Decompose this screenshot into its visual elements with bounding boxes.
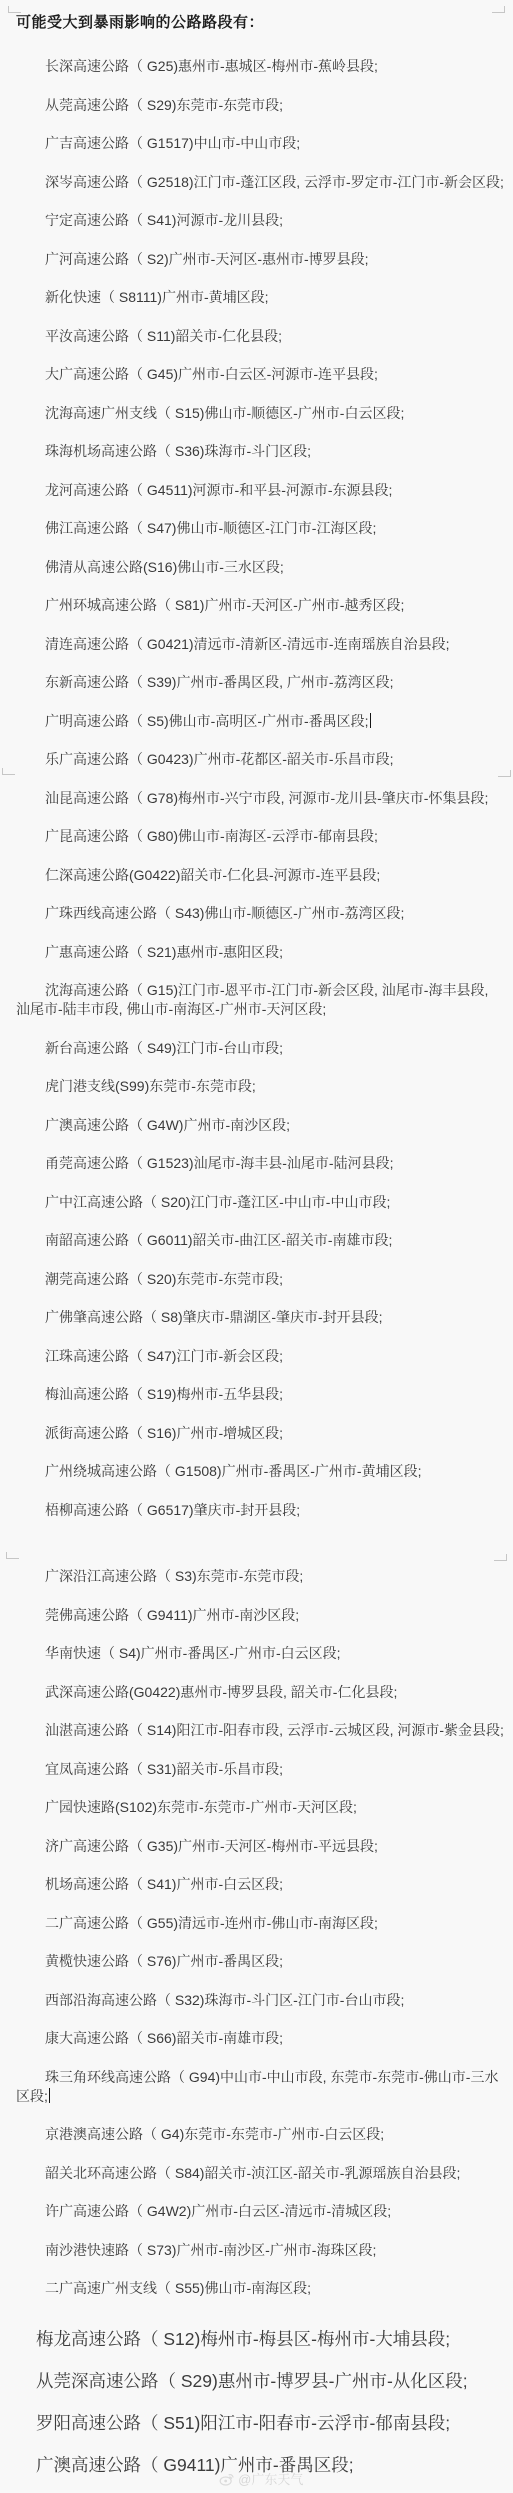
highway-item: 南韶高速公路（ G6011)韶关市-曲江区-韶关市-南雄市段; [16, 1231, 505, 1250]
highway-item: 广佛肇高速公路（ S8)肇庆市-鼎湖区-肇庆市-封开县段; [16, 1308, 505, 1327]
highway-item: 罗阳高速公路（ S51)阳江市-阳春市-云浮市-郁南县段; [12, 2412, 507, 2435]
highway-item: 广河高速公路（ S2)广州市-天河区-惠州市-博罗县段; [16, 250, 505, 269]
highway-item: 广州环城高速公路（ S81)广州市-天河区-广州市-越秀区段; [16, 596, 505, 615]
highway-item: 莞佛高速公路（ G9411)广州市-南沙区段; [16, 1606, 505, 1625]
highway-item: 从莞高速公路（ S29)东莞市-东莞市段; [16, 96, 505, 115]
text-cursor [49, 2088, 51, 2103]
highway-list-page2: 广深沿江高速公路（ S3)东莞市-东莞市段;莞佛高速公路（ G9411)广州市-… [0, 1567, 513, 2298]
text-cursor [370, 713, 372, 728]
highway-item: 黄榄快速公路（ S76)广州市-番禺区段; [16, 1952, 505, 1971]
section-gap [0, 2318, 513, 2328]
watermark: @广东天气 [218, 2469, 303, 2488]
highway-item: 虎门港支线(S99)东莞市-东莞市段; [16, 1077, 505, 1096]
highway-item: 清连高速公路（ G0421)清远市-清新区-清远市-连南瑶族自治县段; [16, 635, 505, 654]
highway-item: 梅汕高速公路（ S19)梅州市-五华县段; [16, 1385, 505, 1404]
highway-item: 济广高速公路（ G35)广州市-天河区-梅州市-平远县段; [16, 1837, 505, 1856]
highway-item: 深岑高速公路（ G2518)江门市-蓬江区段, 云浮市-罗定市-江门市-新会区段… [16, 173, 505, 192]
highway-item: 西部沿海高速公路（ S32)珠海市-斗门区-江门市-台山市段; [16, 1991, 505, 2010]
highway-list-highlighted: 梅龙高速公路（ S12)梅州市-梅县区-梅州市-大埔县段;从莞深高速公路（ S2… [0, 2328, 513, 2477]
crop-mark [2, 768, 16, 778]
highway-item: 广昆高速公路（ G80)佛山市-南海区-云浮市-郁南县段; [16, 827, 505, 846]
highway-item: 广澳高速公路（ G4W)广州市-南沙区段; [16, 1116, 505, 1135]
highway-item: 沈海高速广州支线（ S15)佛山市-顺德区-广州市-白云区段; [16, 404, 505, 423]
highway-item: 梧柳高速公路（ G6517)肇庆市-封开县段; [16, 1501, 505, 1520]
weibo-logo-icon [218, 2472, 234, 2486]
highway-list-page1: 长深高速公路（ G25)惠州市-惠城区-梅州市-蕉岭县段;从莞高速公路（ S29… [0, 57, 513, 1520]
page-break-gap [0, 1539, 513, 1567]
highway-item: 平汝高速公路（ S11)韶关市-仁化县段; [16, 327, 505, 346]
highway-item: 二广高速广州支线（ S55)佛山市-南海区段; [16, 2279, 505, 2298]
highway-item: 广中江高速公路（ S20)江门市-蓬江区-中山市-中山市段; [16, 1193, 505, 1212]
highway-item: 韶关北环高速公路（ S84)韶关市-浈江区-韶关市-乳源瑶族自治县段; [16, 2164, 505, 2183]
highway-item: 长深高速公路（ G25)惠州市-惠城区-梅州市-蕉岭县段; [16, 57, 505, 76]
crop-mark [8, 6, 22, 16]
highway-item: 佛清从高速公路(S16)佛山市-三水区段; [16, 558, 505, 577]
highway-item: 广深沿江高速公路（ S3)东莞市-东莞市段; [16, 1567, 505, 1586]
highway-item: 乐广高速公路（ G0423)广州市-花都区-韶关市-乐昌市段; [16, 750, 505, 769]
highway-item: 甬莞高速公路（ G1523)汕尾市-海丰县-汕尾市-陆河县段; [16, 1154, 505, 1173]
highway-item: 东新高速公路（ S39)广州市-番禺区段, 广州市-荔湾区段; [16, 673, 505, 692]
highway-item: 梅龙高速公路（ S12)梅州市-梅县区-梅州市-大埔县段; [12, 2328, 507, 2351]
highway-item: 南沙港快速路（ S73)广州市-南沙区-广州市-海珠区段; [16, 2241, 505, 2260]
highway-item: 机场高速公路（ S41)广州市-白云区段; [16, 1875, 505, 1894]
crop-mark [497, 770, 511, 780]
highway-item: 江珠高速公路（ S47)江门市-新会区段; [16, 1347, 505, 1366]
document-title: 可能受大到暴雨影响的公路路段有： [16, 0, 497, 33]
highway-item: 汕昆高速公路（ G78)梅州市-兴宁市段, 河源市-龙川县-肇庆市-怀集县段; [16, 789, 505, 808]
highway-item: 宜凤高速公路（ S31)韶关市-乐昌市段; [16, 1760, 505, 1779]
highway-item: 广明高速公路（ S5)佛山市-高明区-广州市-番禺区段; [16, 712, 505, 731]
highway-item: 二广高速公路（ G55)清远市-连州市-佛山市-南海区段; [16, 1914, 505, 1933]
highway-item: 宁定高速公路（ S41)河源市-龙川县段; [16, 211, 505, 230]
highway-item: 从莞深高速公路（ S29)惠州市-博罗县-广州市-从化区段; [12, 2370, 507, 2393]
highway-item: 潮莞高速公路（ S20)东莞市-东莞市段; [16, 1270, 505, 1289]
crop-mark [6, 1552, 20, 1562]
highway-item: 武深高速公路(G0422)惠州市-博罗县段, 韶关市-仁化县段; [16, 1683, 505, 1702]
highway-item: 派街高速公路（ S16)广州市-增城区段; [16, 1424, 505, 1443]
highway-item: 广园快速路(S102)东莞市-东莞市-广州市-天河区段; [16, 1798, 505, 1817]
highway-item: 康大高速公路（ S66)韶关市-南雄市段; [16, 2029, 505, 2048]
highway-item: 龙河高速公路（ G4511)河源市-和平县-河源市-东源县段; [16, 481, 505, 500]
highway-item: 大广高速公路（ G45)广州市-白云区-河源市-连平县段; [16, 365, 505, 384]
highway-item: 华南快速（ S4)广州市-番禺区-广州市-白云区段; [16, 1644, 505, 1663]
highway-item: 沈海高速公路（ G15)江门市-恩平市-江门市-新会区段, 汕尾市-海丰县段, … [16, 981, 505, 1019]
highway-item: 珠三角环线高速公路（ G94)中山市-中山市段, 东莞市-东莞市-佛山市-三水区… [16, 2068, 505, 2106]
highway-item: 广州绕城高速公路（ G1508)广州市-番禺区-广州市-黄埔区段; [16, 1462, 505, 1481]
highway-item: 许广高速公路（ G4W2)广州市-白云区-清远市-清城区段; [16, 2202, 505, 2221]
highway-item: 佛江高速公路（ S47)佛山市-顺德区-江门市-江海区段; [16, 519, 505, 538]
document-page: 可能受大到暴雨影响的公路路段有： 长深高速公路（ G25)惠州市-惠城区-梅州市… [0, 0, 513, 2493]
highway-item: 新化快速（ S8111)广州市-黄埔区段; [16, 288, 505, 307]
highway-item: 广珠西线高速公路（ S43)佛山市-顺德区-广州市-荔湾区段; [16, 904, 505, 923]
highway-item: 仁深高速公路(G0422)韶关市-仁化县-河源市-连平县段; [16, 866, 505, 885]
highway-item: 汕湛高速公路（ S14)阳江市-阳春市段, 云浮市-云城区段, 河源市-紫金县段… [16, 1721, 505, 1740]
highway-item: 广惠高速公路（ S21)惠州市-惠阳区段; [16, 943, 505, 962]
watermark-text: @广东天气 [238, 2469, 303, 2488]
crop-mark [493, 1554, 507, 1564]
highway-item: 新台高速公路（ S49)江门市-台山市段; [16, 1039, 505, 1058]
highway-item: 广吉高速公路（ G1517)中山市-中山市段; [16, 134, 505, 153]
crop-mark [491, 6, 505, 16]
highway-item: 珠海机场高速公路（ S36)珠海市-斗门区段; [16, 442, 505, 461]
highway-item: 京港澳高速公路（ G4)东莞市-东莞市-广州市-白云区段; [16, 2125, 505, 2144]
